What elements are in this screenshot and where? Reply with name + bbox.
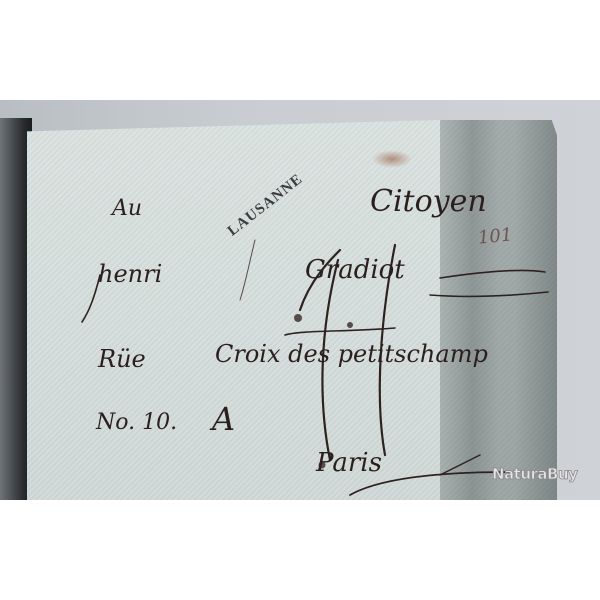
address-line-1-right: Citoyen [370, 184, 487, 219]
address-line-2-right: Gradiot [305, 255, 405, 285]
address-line-4-left: No. 10. [96, 410, 177, 435]
naturabuy-watermark: NaturaBuy [492, 465, 577, 483]
address-line-1-left: Au [112, 196, 142, 221]
ink-strokes [0, 100, 600, 500]
address-line-3-left: Rüe [98, 345, 146, 373]
margin-note: 101 [477, 224, 513, 248]
address-line-2-left: henri [98, 260, 162, 288]
letter-photo: LAUSANNE Au Citoyen henri Gradiot Rüe Cr… [0, 100, 600, 500]
address-line-4-right: A [212, 400, 235, 438]
address-line-5-city: Paris [316, 448, 382, 478]
address-line-3-right: Croix des petitschamp [215, 340, 488, 368]
